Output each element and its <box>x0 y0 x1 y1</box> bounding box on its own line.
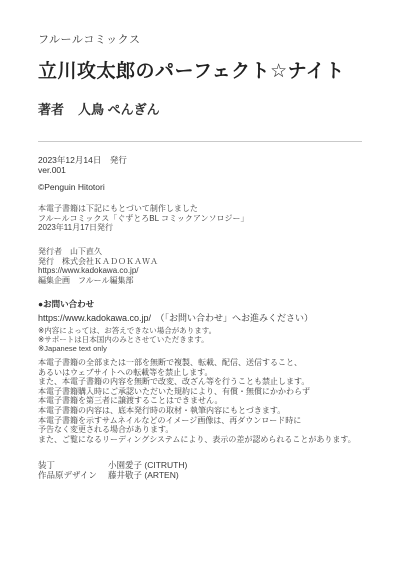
publisher-block: 発行者 山下直久 発行 株式会社ＫＡＤＯＫＡＷＡ https://www.kad… <box>38 247 158 285</box>
contact-note-line: ※Japanese text only <box>38 344 216 353</box>
legal-line: 本電子書籍購入時にご承認いただいた規約により、有償・無償にかかわらず <box>38 387 356 397</box>
contact-note-line: ※サポートは日本国内のみとさせていただきます。 <box>38 335 216 344</box>
source-note-line: 2023年11月17日発行 <box>38 223 249 233</box>
credit-name: 小園愛子 (CITRUTH) <box>108 460 187 470</box>
credits-block: 装丁 小園愛子 (CITRUTH) 作品原デザイン 藤井敬子 (ARTEN) <box>38 460 187 480</box>
copyright-line: ©Penguin Hitotori <box>38 182 105 192</box>
credit-role: 装丁 <box>38 460 108 470</box>
legal-line: また、ご覧になるリーディングシステムにより、表示の差が認められることがあります。 <box>38 435 356 445</box>
author-line: 著者人鳥 ぺんぎん <box>38 99 160 118</box>
author-label: 著者 <box>38 102 64 117</box>
legal-line: 本電子書籍を第三者に譲渡することはできません。 <box>38 396 356 406</box>
book-title: 立川攻太郎のパーフェクト☆ナイト <box>38 56 345 83</box>
author-name: 人鳥 ぺんぎん <box>78 102 160 117</box>
source-note-block: 本電子書籍は下記にもとづいて制作しました フルールコミックス「ぐずとろBL コミ… <box>38 204 249 233</box>
credit-name: 藤井敬子 (ARTEN) <box>108 470 179 480</box>
credit-row: 作品原デザイン 藤井敬子 (ARTEN) <box>38 470 187 480</box>
legal-line: あるいはウェブサイトへの転載等を禁止します。 <box>38 368 356 378</box>
publication-date-line: 2023年12月14日 発行 <box>38 155 127 165</box>
contact-notes-block: ※内容によっては、お答えできない場合があります。 ※サポートは日本国内のみとさせ… <box>38 326 216 354</box>
contact-heading: ●お問い合わせ <box>38 298 94 310</box>
source-note-line: フルールコミックス「ぐずとろBL コミックアンソロジー」 <box>38 214 249 224</box>
edition-block: 2023年12月14日 発行 ver.001 <box>38 155 127 175</box>
source-note-line: 本電子書籍は下記にもとづいて制作しました <box>38 204 249 214</box>
publisher-line: 発行 株式会社ＫＡＤＯＫＡＷＡ <box>38 257 158 267</box>
legal-block: 本電子書籍の全部または一部を無断で複製、転載、配信、送信すること、 あるいはウェ… <box>38 358 356 444</box>
credit-role: 作品原デザイン <box>38 470 108 480</box>
publisher-line: 編集企画 フルール編集部 <box>38 276 158 286</box>
legal-line: また、本電子書籍の内容を無断で改変、改ざん等を行うことも禁止します。 <box>38 377 356 387</box>
contact-note-line: ※内容によっては、お答えできない場合があります。 <box>38 326 216 335</box>
imprint-label: フルールコミックス <box>38 31 141 47</box>
publisher-url: https://www.kadokawa.co.jp/ <box>38 266 158 276</box>
legal-line: 本電子書籍の内容は、底本発行時の取材・執筆内容にもとづきます。 <box>38 406 356 416</box>
legal-line: 本電子書籍の全部または一部を無断で複製、転載、配信、送信すること、 <box>38 358 356 368</box>
legal-line: 本電子書籍を示すサムネイルなどのイメージ画像は、再ダウンロード時に <box>38 416 356 426</box>
divider <box>38 141 362 142</box>
contact-url-line: https://www.kadokawa.co.jp/ （「お問い合わせ」へお進… <box>38 311 313 324</box>
colophon-page: フルールコミックス 立川攻太郎のパーフェクト☆ナイト 著者人鳥 ぺんぎん 202… <box>0 0 400 570</box>
publisher-line: 発行者 山下直久 <box>38 247 158 257</box>
version-label: ver.001 <box>38 165 127 175</box>
credit-row: 装丁 小園愛子 (CITRUTH) <box>38 460 187 470</box>
legal-line: 予告なく変更される場合があります。 <box>38 425 356 435</box>
